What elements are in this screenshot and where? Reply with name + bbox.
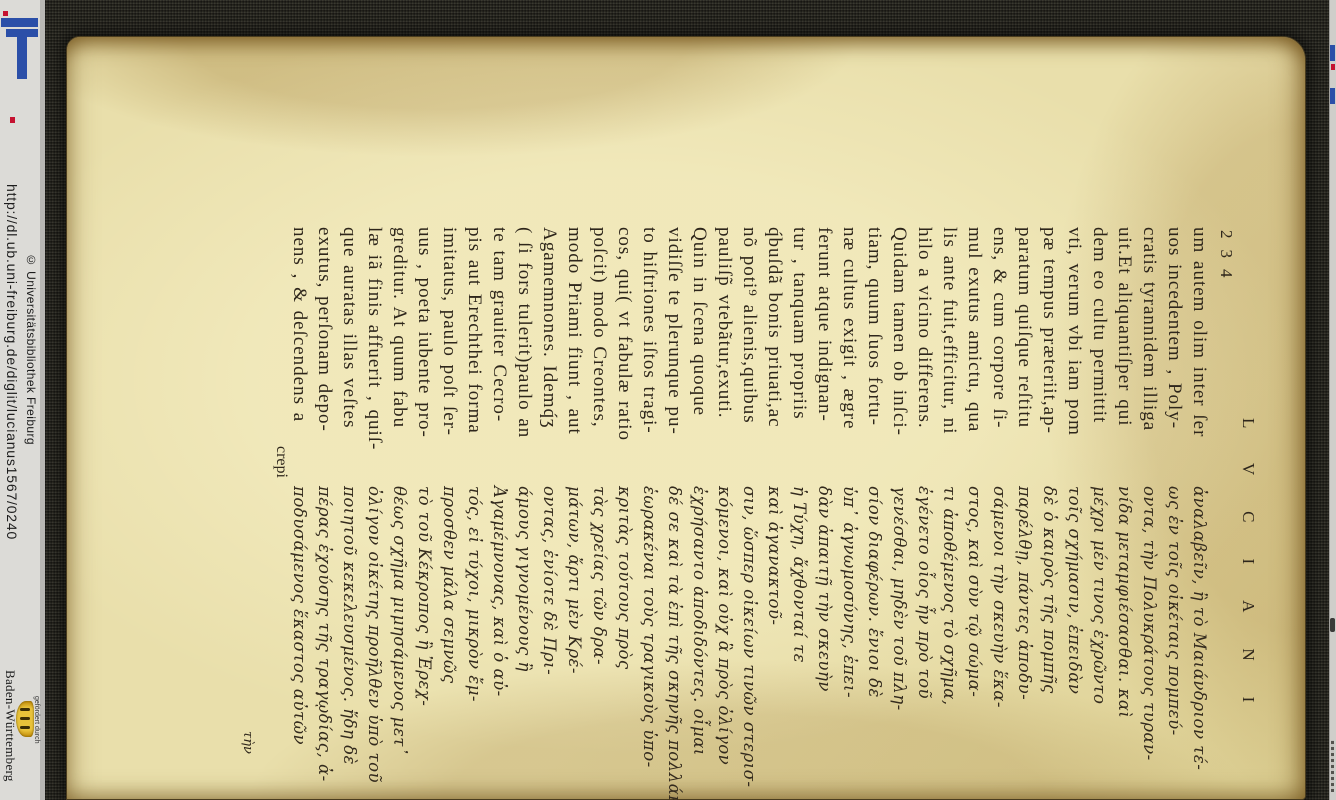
latin-text-line: modo Priami fiunt , aut (562, 227, 587, 497)
greek-text-line: πέρας ἐχούσης τῆς τραγῳδίας, ἀ- (312, 486, 337, 786)
latin-text-line: nõ poti⁹ alienis,quibus (737, 227, 762, 497)
text-fragment (1330, 618, 1335, 632)
latin-text-line: ens, & cum corpore ſi- (987, 227, 1012, 497)
latin-text-line: tiam, quum ſuos fortu- (862, 227, 887, 497)
greek-text-line: τὰς χρείας τῶν δρα- (587, 486, 612, 786)
funded-by-label: gefördert durch (33, 696, 40, 743)
latin-text-line: exutus, perſonam depo- (312, 227, 337, 497)
greek-text-line: Ἀγαμέμνονας, καὶ ὁ αὐ- (487, 486, 512, 786)
greek-catchword: τὴν (240, 731, 255, 754)
latin-text-line: cratis tyrannidem illiga (1137, 227, 1162, 497)
greek-text-line: ἐγένετο οἷος ἦν πρὸ τοῦ (912, 486, 937, 786)
latin-text-line: ferunt atque indignan- (812, 227, 837, 497)
greek-text-line: στος, καὶ σὺν τῷ σώμα- (962, 486, 987, 786)
latin-text-line: vidiſſe te plerunque pu- (662, 227, 687, 497)
greek-text-line: θέως σχῆμα μιμησάμενος μετ᾽ (387, 486, 412, 786)
latin-text-line: um autem olim inter ſer (1187, 227, 1212, 497)
running-title: LVCIANI (1238, 418, 1258, 738)
greek-text-line: ἐχρήσαντο ἀποδιδόντες. οἶμαι (687, 486, 712, 786)
greek-text-line: ποδυσάμενος ἕκαστος αὐτῶν (287, 486, 312, 786)
latin-text-line: imitatus, paulo poſt ſer- (437, 227, 462, 497)
latin-text-line: uos incedentem , Poly- (1162, 227, 1187, 497)
latin-text-line: vti, verum vbi iam pom (1062, 227, 1087, 497)
greek-text-line: τὸ τοῦ Κέκροπος ἢ Ἐρεχ- (412, 486, 437, 786)
greek-text-line: ὑπ᾽ ἀγνωμοσύνης, ἐπει- (837, 486, 862, 786)
greek-text-line: μέχρι μέν τινος ἐχρῶντο (1087, 486, 1112, 786)
greek-text-line: καὶ ἀγανακτοῦ- (762, 486, 787, 786)
library-logo-icon (0, 0, 45, 135)
latin-text-line: Agamemnones. Idemq́ʒ (537, 227, 562, 497)
latin-text-line: poſcit) modo Creontes, (587, 227, 612, 497)
latin-text-line: tur , tanquam propriis (787, 227, 812, 497)
logo-fragment-icon (1330, 45, 1335, 61)
text-fragment (1331, 740, 1334, 792)
greek-text-line: σίον διαφέρων. ἔνιοι δὲ (862, 486, 887, 786)
latin-text-line: greditur. At quum fabu (387, 227, 412, 497)
greek-text-line: κόμενοι, καὶ οὐχ ἃ πρὸς ὀλίγον (712, 486, 737, 786)
latin-text-line: pis aut Erechthei forma (462, 227, 487, 497)
logo-blue-bar-icon (1, 18, 38, 27)
greek-text-line: οντας, ἐνίοτε δὲ Πρι- (537, 486, 562, 786)
latin-text-line: cos, qui( vt fabulæ ratio (612, 227, 637, 497)
logo-blue-stem-icon (17, 37, 27, 79)
greek-text-line: κριτὰς τούτους πρὸς (612, 486, 637, 786)
latin-text-line: hilo a vicino differens. (912, 227, 937, 497)
greek-text-line: δέ σε καὶ τὰ ἐπὶ τῆς σκηνῆς πολλάκις (662, 486, 687, 786)
baden-wuerttemberg-crest-icon (16, 701, 34, 737)
latin-text-line: q́buſdã bonis priuati,ac (762, 227, 787, 497)
greek-text-line: νίδα μεταμφιέσασθαι. καὶ (1112, 486, 1137, 786)
logo-blue-bar-icon (6, 29, 38, 37)
latin-text-line: uus , poeta iubente pro- (412, 227, 437, 497)
greek-text-line: δὲ ὁ καιρὸς τῆς πομπῆς (1037, 486, 1062, 786)
latin-text-line: te tam grauiter Cecro- (487, 227, 512, 497)
greek-text-line: προσθεν μάλα σεμνῶς (437, 486, 462, 786)
latin-text-line: paratum quiſque reſtitu (1012, 227, 1037, 497)
greek-text-line: σιν, ὥσπερ οἰκείων τινῶν στερισ- (737, 486, 762, 786)
latin-text-line: ( ſi fors tulerit)paulo an (512, 227, 537, 497)
logo-fragment-icon (1331, 64, 1335, 70)
greek-text-line: ὀλίγον οἰκέτης προῆλθεν ὑπὸ τοῦ (362, 486, 387, 786)
greek-text-line: σάμενοι τὴν σκευὴν ἕκα- (987, 486, 1012, 786)
greek-text-line: μάτων, ἄρτι μὲν Κρέ- (562, 486, 587, 786)
scan-frame-strip-left: http://dl.ub.uni-freiburg.de/diglit/luci… (0, 0, 45, 800)
latin-text-line: que auratas illas veſtes (337, 227, 362, 497)
latin-text-line: næ cultus exigit , ægre (837, 227, 862, 497)
greek-text-line: ποιητοῦ κεκελευσμένος. ἤδη δὲ (337, 486, 362, 786)
scan-frame-strip-right (1329, 0, 1336, 800)
greek-text-line: ἡ Τύχη, ἄχθονταί τε (787, 486, 812, 786)
latin-text-line: pauliſp̃ vtebãtur,exuti. (712, 227, 737, 497)
greek-text-line: ἑωρακέναι τοὺς τραγικοὺς ὑπο- (637, 486, 662, 786)
greek-text-line: τός, εἰ τύχοι, μικρὸν ἔμ- (462, 486, 487, 786)
greek-text-column: ἀναλαβεῖν, ἢ τὸ Μαιάνδριον τέ-ως ἐν τοῖς… (287, 486, 1212, 786)
latin-text-line: to hiſtriones iſtos tragi- (637, 227, 662, 497)
latin-text-line: Quin in ſcena quoque (687, 227, 712, 497)
latin-text-line: lis ante fuit,efficitur, ni (937, 227, 962, 497)
greek-text-line: γενέσθαι, μηδὲν τοῦ πλη- (887, 486, 912, 786)
region-label: Baden-Württemberg (2, 670, 18, 782)
latin-text-column: um autem olim inter ſeruos incedentem , … (287, 227, 1212, 497)
latin-text-line: dem eo cultu permittit (1087, 227, 1112, 497)
latin-text-line: læ iã finis affuerit , quiſ- (362, 227, 387, 497)
latin-text-line: pæ tempus præteriit,ap- (1037, 227, 1062, 497)
latin-text-line: mul exutus amictu, qua (962, 227, 987, 497)
latin-text-line: nens , & deſcendens a (287, 227, 312, 497)
latin-text-line: uit.Et aliquantiſper qui (1112, 227, 1137, 497)
book-scan-viewer: { "strip": { "url": "http://dl.ub.uni-fr… (0, 0, 1336, 800)
latin-text-line: Quidam tamen ob inſci- (887, 227, 912, 497)
greek-text-line: οντα, τὴν Πολυκράτους τυραν- (1137, 486, 1162, 786)
page-number: 234 (1216, 230, 1236, 289)
greek-text-line: παρέλθῃ, πάντες ἀποδυ- (1012, 486, 1037, 786)
greek-text-line: ως ἐν τοῖς οἰκέταις πομπεύ- (1162, 486, 1187, 786)
greek-text-line: ἀναλαβεῖν, ἢ τὸ Μαιάνδριον τέ- (1187, 486, 1212, 786)
logo-red-square-icon (10, 117, 15, 123)
logo-fragment-icon (1330, 88, 1335, 104)
latin-catchword: crepi (272, 446, 290, 478)
greek-text-line: δὰν ἀπαιτῇ τὴν σκευὴν (812, 486, 837, 786)
copyright-label: © Universitätsbibliothek Freiburg (24, 253, 38, 445)
greek-text-line: τοῖς σχήμασιν, ἐπειδὰν (1062, 486, 1087, 786)
greek-text-line: άμους γιγνομένους ἢ (512, 486, 537, 786)
greek-text-line: τι ἀποθέμενος τὸ σχῆμα, (937, 486, 962, 786)
logo-red-square-icon (3, 11, 8, 16)
scan-url-label: http://dl.ub.uni-freiburg.de/diglit/luci… (4, 184, 20, 540)
